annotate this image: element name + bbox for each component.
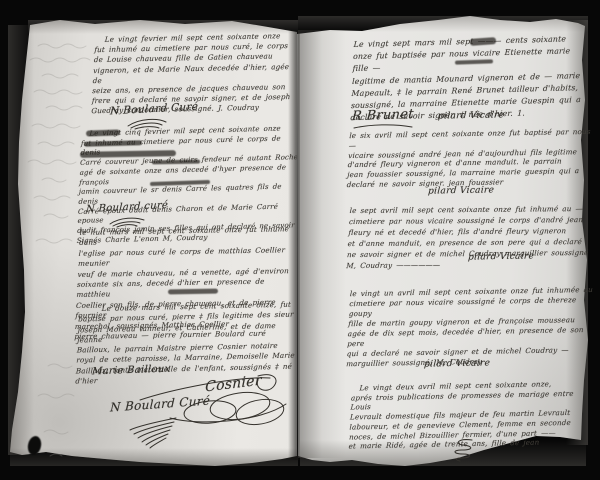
signature-vicaire-4: pilard Vicaire [424, 358, 491, 369]
baptism-entry-6-avril: le six avril mil sept cent soixante onze… [346, 127, 591, 190]
feather-flourish [126, 416, 182, 450]
signature-vicaire-3: pilard Vicaire [468, 251, 535, 262]
spiral-flourish [448, 437, 478, 463]
signature-vicaire-1: pilard Vicaire [438, 110, 505, 121]
signature-vicaire-2: pilard Vicaire [428, 185, 495, 196]
ink-blot [168, 289, 218, 295]
signature-underline [352, 124, 414, 130]
burial-entry-21-avril: le vingt un avril mil sept cent soixante… [346, 285, 600, 369]
ink-blot [86, 129, 120, 136]
ink-blot [152, 160, 200, 165]
scanner-background: Le vingt fevrier mil sept cent soixante … [0, 0, 600, 480]
signature-brunet: R Brunet [351, 107, 414, 124]
